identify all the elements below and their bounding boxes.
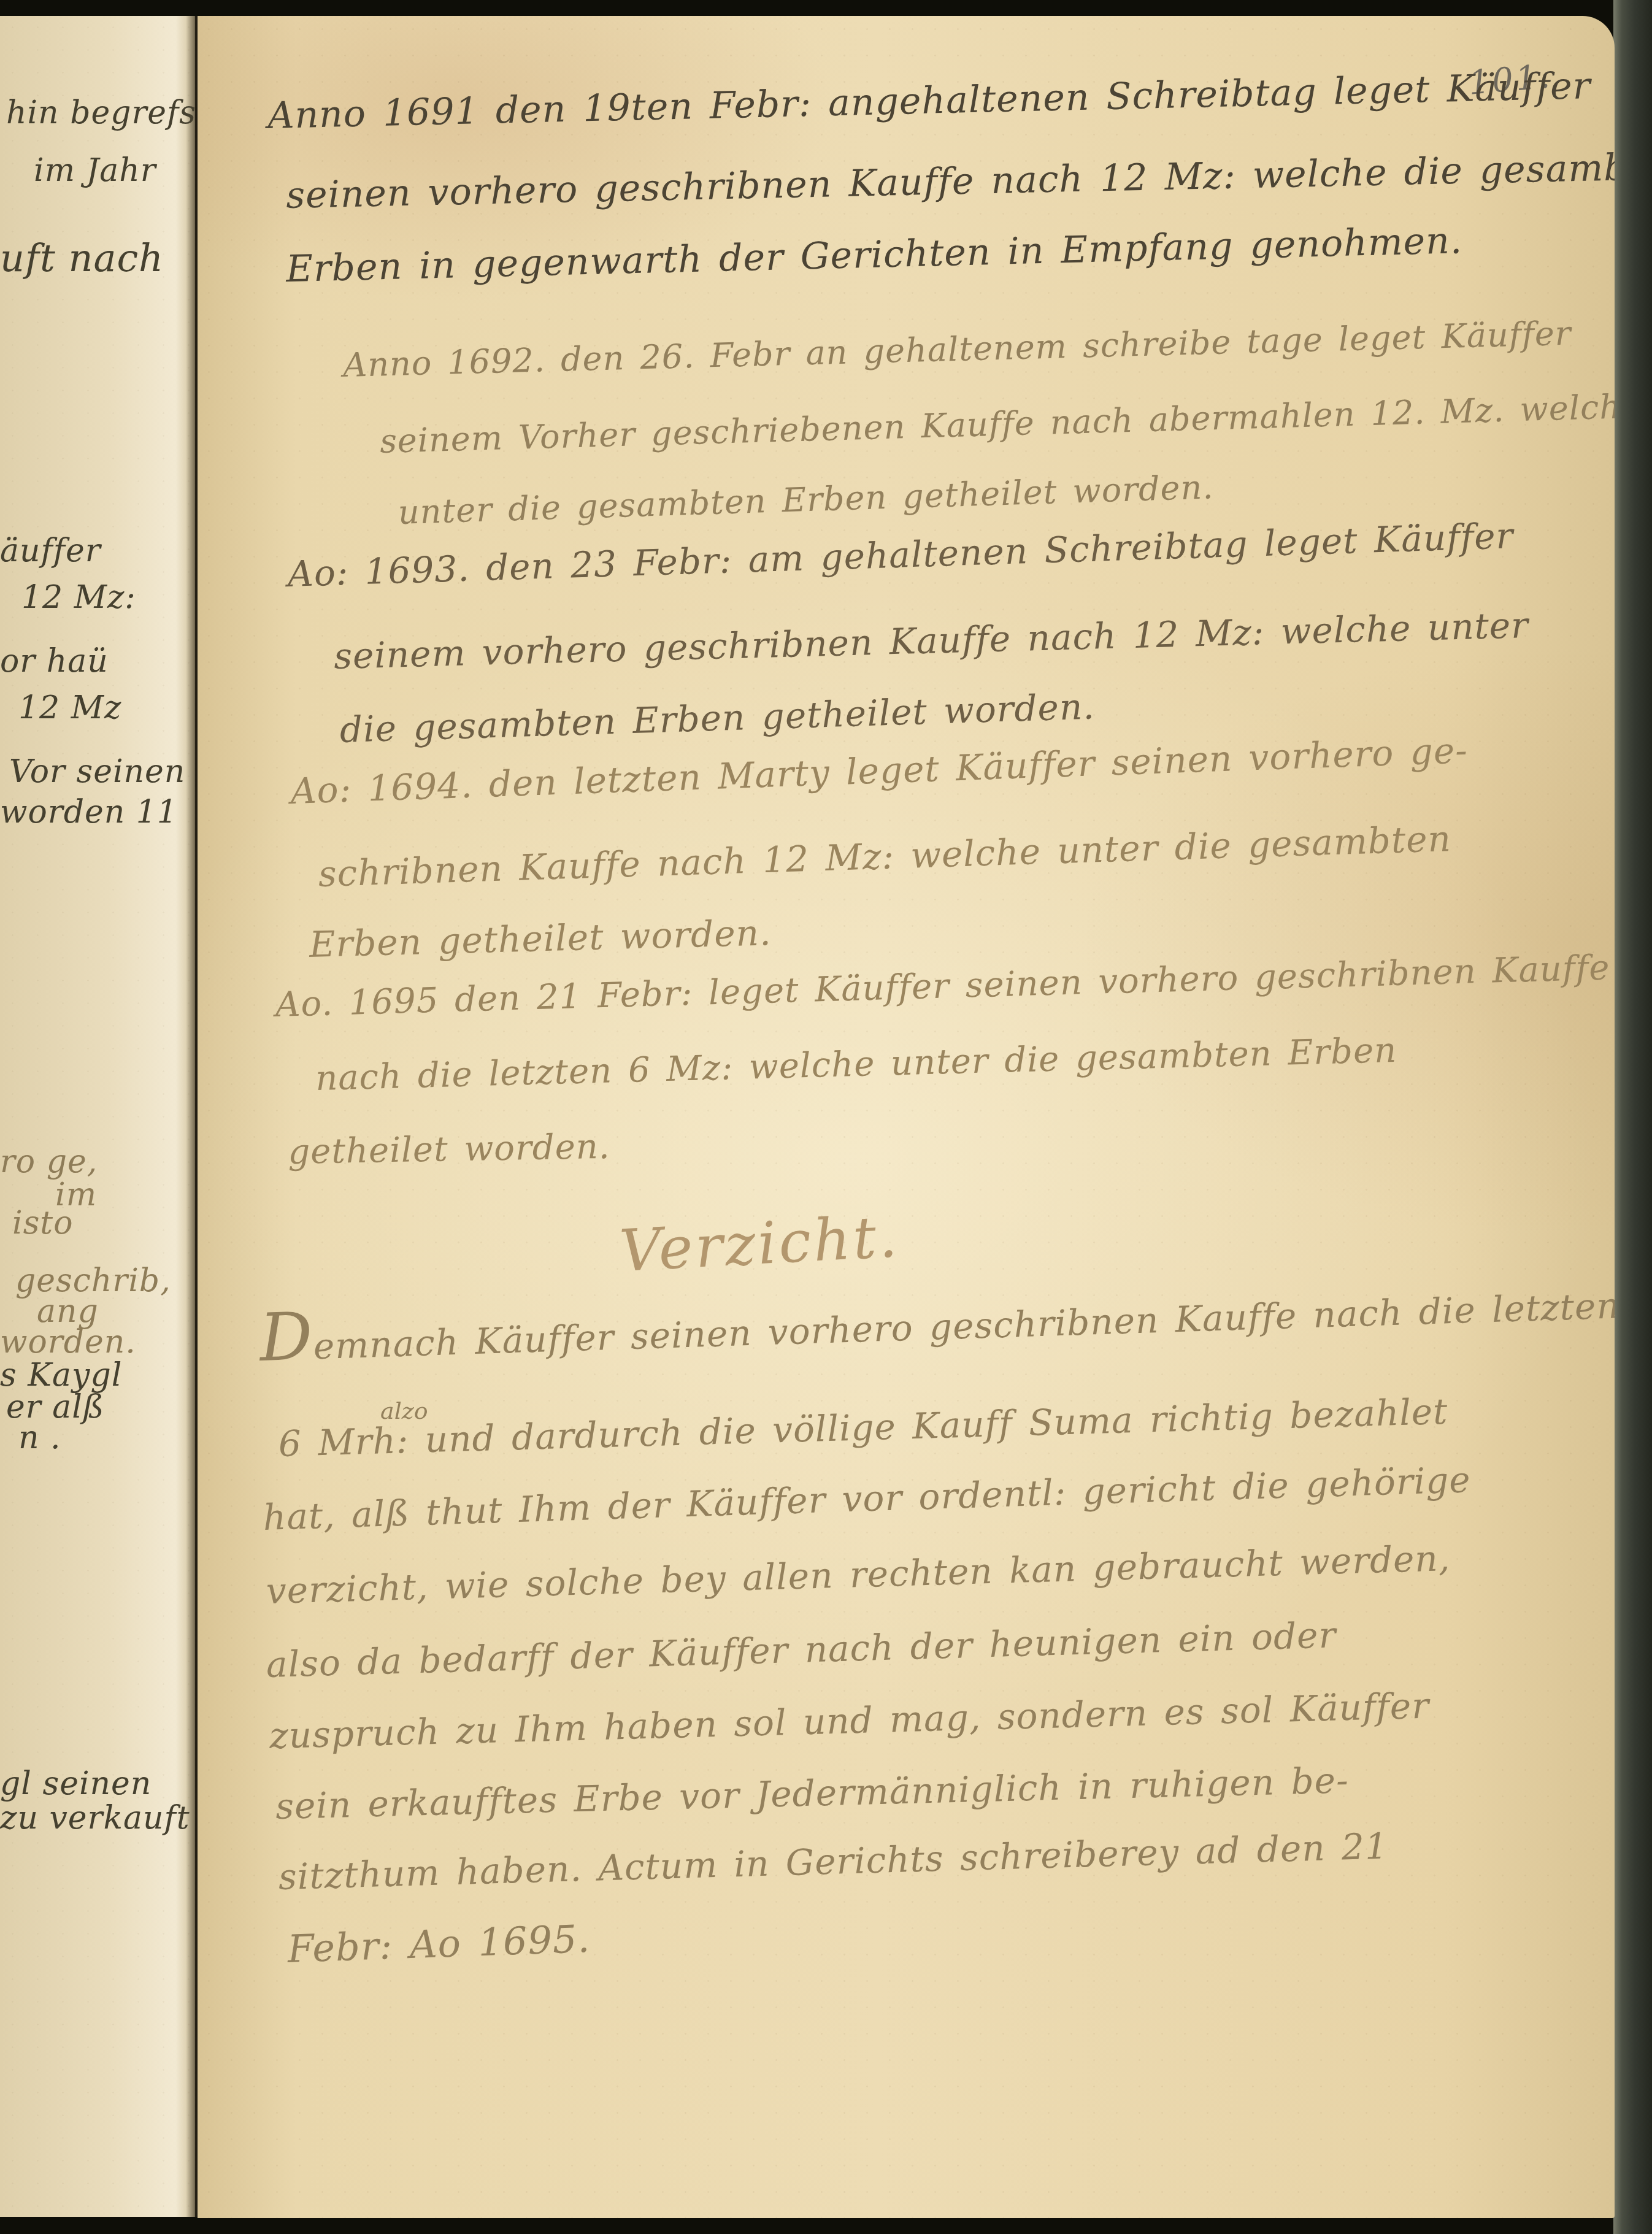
manuscript-line: unter die gesambten Erben getheilet word… bbox=[398, 467, 1214, 532]
page-stack-edge bbox=[1613, 0, 1652, 2234]
margin-fragment: or haü bbox=[0, 643, 109, 680]
manuscript-line: sein erkaufftes Erbe vor Jedermänniglich… bbox=[275, 1759, 1349, 1827]
manuscript-line: seinem Vorher geschriebenen Kauffe nach … bbox=[379, 387, 1615, 461]
section-heading-verzicht: Verzicht. bbox=[618, 1203, 901, 1285]
manuscript-line: verzicht, wie solche bey allen rechten k… bbox=[266, 1537, 1451, 1612]
manuscript-line: sitzthum haben. Actum in Gerichts schrei… bbox=[278, 1825, 1389, 1898]
margin-fragment: worden. bbox=[0, 1324, 136, 1361]
facing-page-edge: hin begrefs, im Jahr uft nach äuffer 12 … bbox=[0, 16, 195, 2217]
margin-fragment: im Jahr bbox=[34, 152, 156, 189]
manuscript-line: Erben getheilet worden. bbox=[309, 912, 772, 965]
manuscript-line: seinen vorhero geschribnen Kauffe nach 1… bbox=[286, 145, 1615, 217]
manuscript-line: Febr: Ao 1695. bbox=[286, 1916, 591, 1971]
margin-fragment: Vor seinen bbox=[9, 753, 185, 790]
manuscript-line: Anno 1691 den 19ten Febr: angehaltenen S… bbox=[267, 64, 1591, 137]
manuscript-line: hat, alß thut Ihm der Käuffer vor ordent… bbox=[263, 1459, 1472, 1538]
margin-fragment: hin begrefs, bbox=[6, 94, 195, 131]
scanned-book-page: hin begrefs, im Jahr uft nach äuffer 12 … bbox=[0, 0, 1652, 2234]
manuscript-line: Anno 1692. den 26. Febr an gehaltenem sc… bbox=[342, 314, 1572, 385]
manuscript-line: schribnen Kauffe nach 12 Mz: welche unte… bbox=[318, 818, 1452, 895]
margin-fragment: äuffer bbox=[0, 532, 101, 569]
manuscript-line: zuspruch zu Ihm haben sol und mag, sonde… bbox=[269, 1685, 1429, 1757]
manuscript-line: 6 Mrh: und dardurch die völlige Kauff Su… bbox=[278, 1391, 1448, 1465]
manuscript-line: Demnach Käuffer seinen vorhero geschribn… bbox=[259, 1276, 1615, 1369]
margin-fragment: s Kaygl bbox=[0, 1357, 122, 1394]
margin-fragment: uft nach bbox=[0, 236, 164, 280]
margin-fragment: worden 11 bbox=[0, 794, 178, 831]
margin-fragment: n . bbox=[18, 1419, 61, 1456]
manuscript-line: getheilet worden. bbox=[288, 1127, 610, 1172]
margin-fragment: gl seinen bbox=[0, 1765, 152, 1802]
margin-fragment: 12 Mz: bbox=[21, 579, 136, 616]
manuscript-line: also da bedarff der Käuffer nach der heu… bbox=[266, 1614, 1337, 1686]
margin-fragment: isto bbox=[12, 1205, 74, 1242]
margin-fragment: ro ge, bbox=[0, 1143, 98, 1180]
manuscript-line: Erben in gegenwarth der Gerichten in Emp… bbox=[285, 219, 1462, 291]
manuscript-line: seinem vorhero geschribnen Kauffe nach 1… bbox=[333, 604, 1529, 677]
manuscript-line: die gesambten Erben getheilet worden. bbox=[339, 685, 1096, 751]
manuscript-page: 101. Anno 1691 den 19ten Febr: angehalte… bbox=[198, 16, 1615, 2218]
margin-fragment: zu verkauft bbox=[0, 1800, 190, 1837]
manuscript-line: nach die letzten 6 Mz: welche unter die … bbox=[315, 1031, 1397, 1099]
margin-fragment: 12 Mz bbox=[18, 689, 121, 726]
